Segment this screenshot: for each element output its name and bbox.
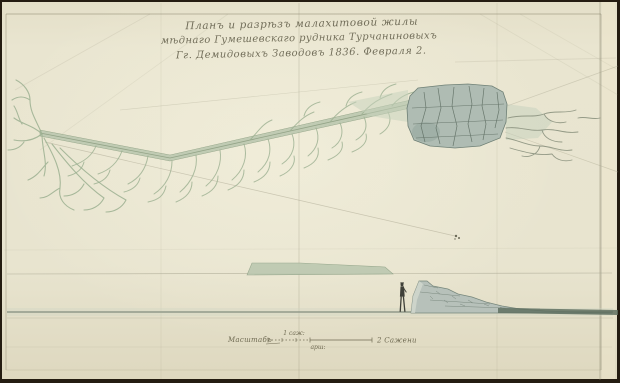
plan-view: [8, 66, 618, 240]
vein-wedge-section: [247, 263, 393, 275]
plan-drawing: Планъ и разрѣзъ малахитовой жилы мѣднаго…: [0, 0, 620, 383]
scale-right-label: 2 Сажени: [376, 337, 417, 345]
scanned-plan-photo: Планъ и разрѣзъ малахитовой жилы мѣднаго…: [0, 0, 620, 383]
scale-subdivision-top: 1 саж:: [283, 330, 305, 337]
pencil-frame: [6, 14, 601, 370]
title-line-3: Гг. Демидовыхъ Заводовъ 1836. Февраля 2.: [175, 46, 427, 62]
title-line-1: Планъ и разрѣзъ малахитовой жилы: [184, 16, 418, 32]
scale-label: Масштабъ: [227, 336, 272, 344]
scale-subdivision-bottom: арш:: [310, 344, 325, 351]
rock-outcrop-section: [411, 281, 618, 315]
ink-mark: [454, 235, 460, 240]
title-block: Планъ и разрѣзъ малахитовой жилы мѣднаго…: [160, 15, 437, 61]
human-figure: [400, 282, 407, 311]
section-view: [7, 263, 618, 318]
scale-bar: Масштабъ 1 саж: арш: 2 Сажени: [227, 330, 417, 351]
rock-mass-plan: [407, 84, 507, 148]
vein-branches-lower: [68, 112, 390, 202]
